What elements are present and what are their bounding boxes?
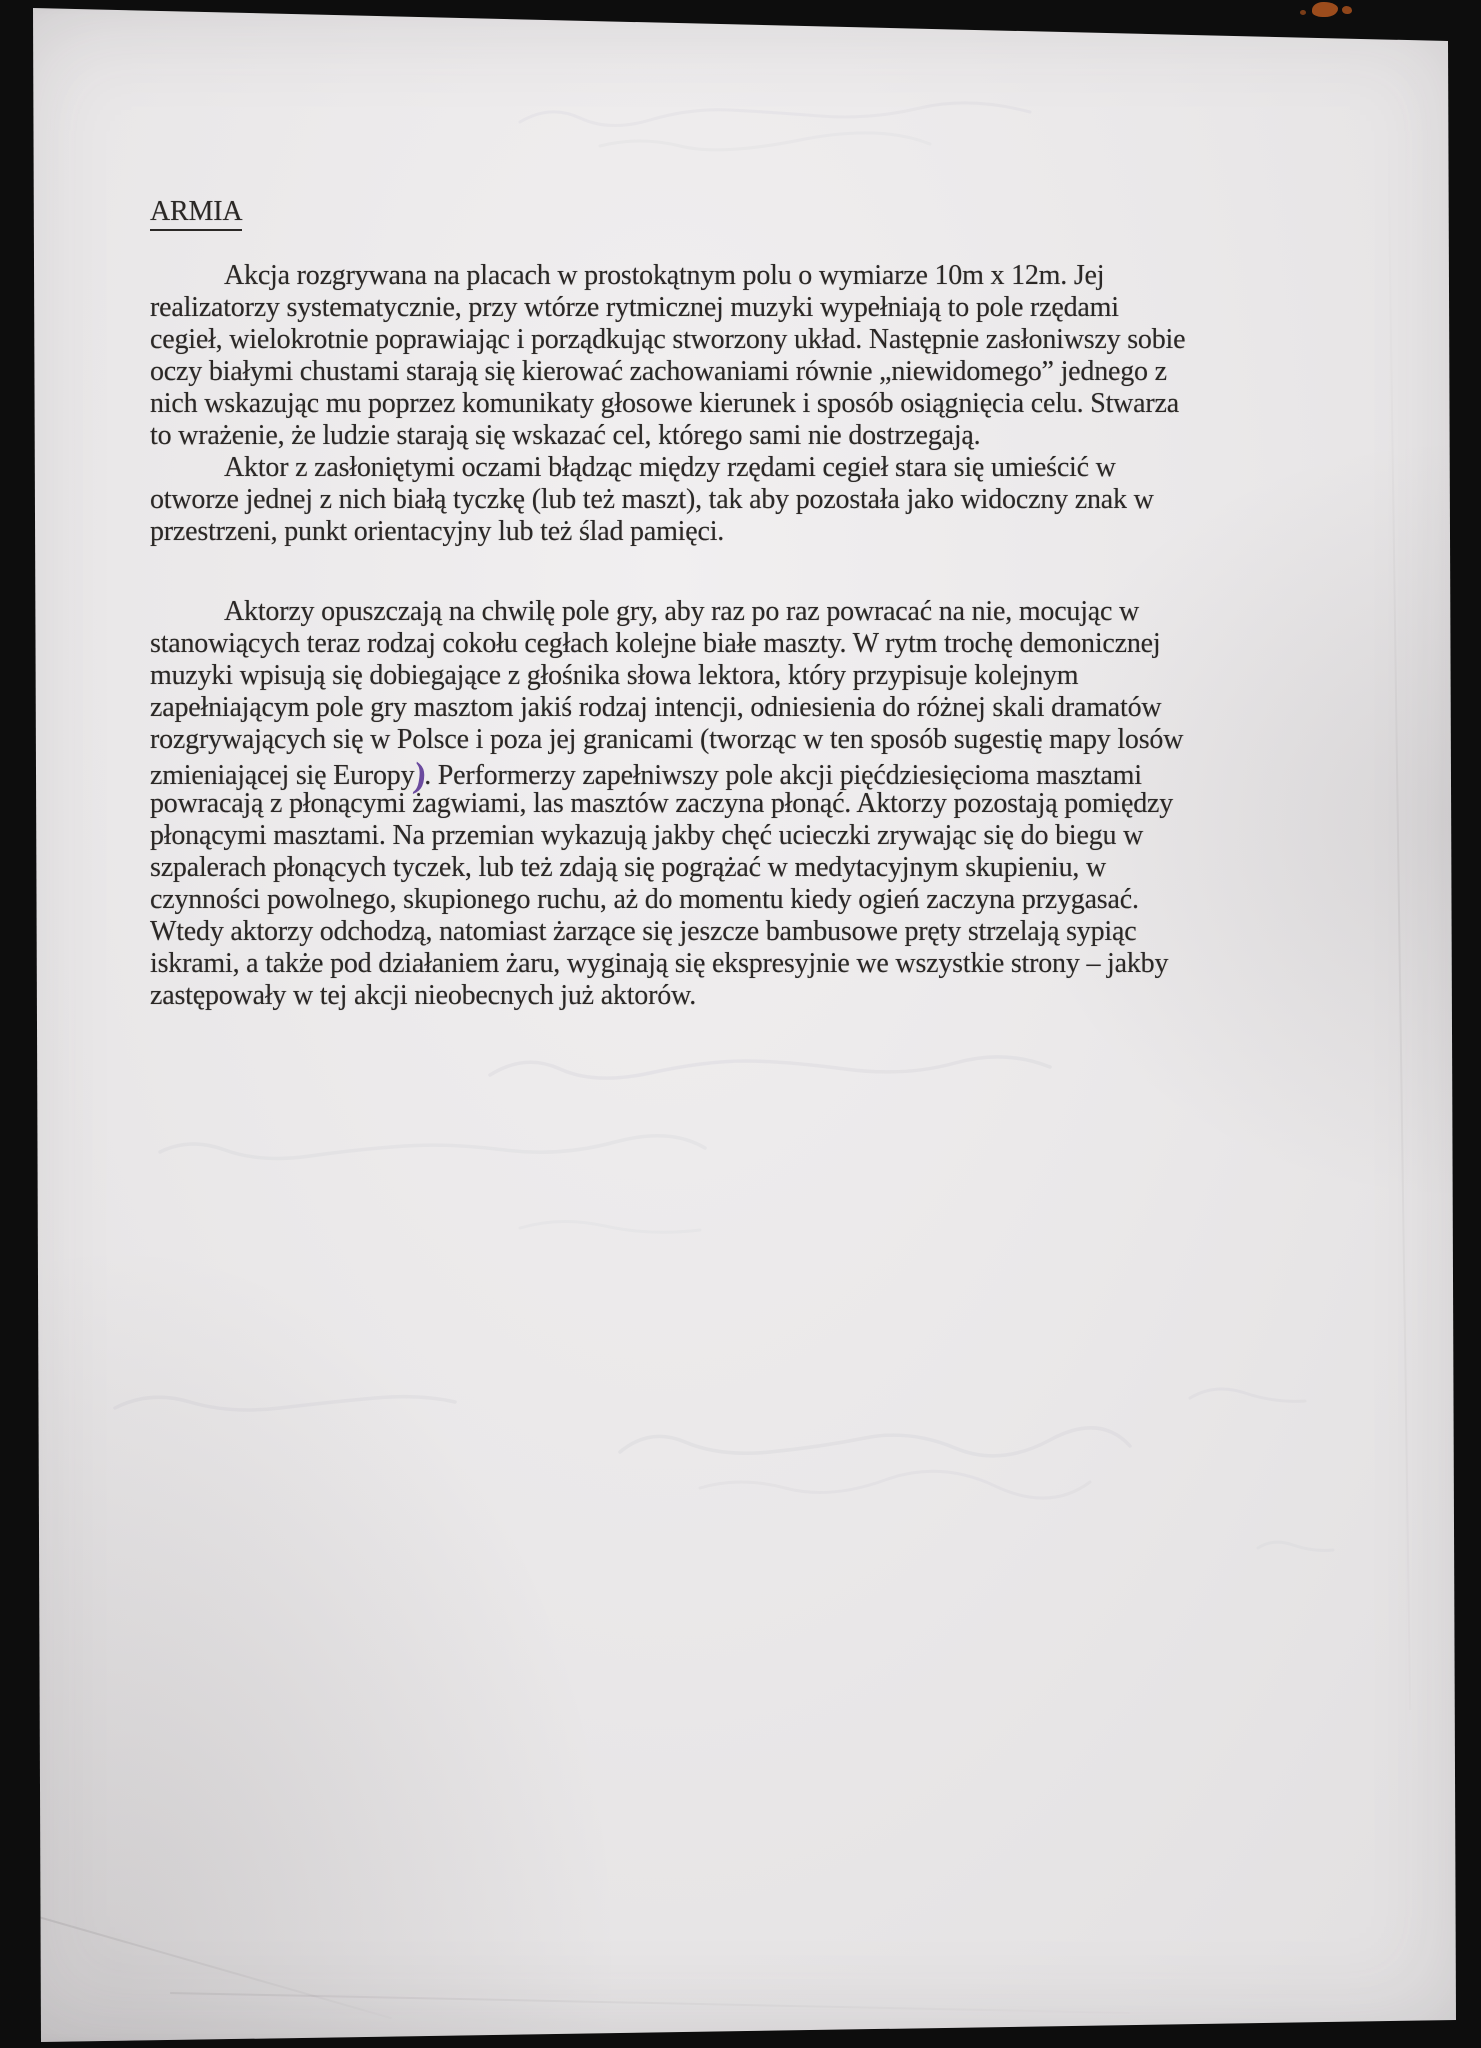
text-line: zastępowały w tej akcji nieobecnych już … <box>150 980 1400 1012</box>
text-segment: . Performerzy zapełniwszy pole akcji pię… <box>424 760 1142 791</box>
text-line: stanowiących teraz rodzaj cokołu cegłach… <box>150 628 1400 660</box>
text-line: realizatorzy systematycznie, przy wtórze… <box>150 292 1400 324</box>
text-line: Wtedy aktorzy odchodzą, natomiast żarząc… <box>150 916 1400 948</box>
paragraph-3-continued: powracają z płonącymi żagwiami, las masz… <box>150 788 1400 1012</box>
text-line: Aktorzy opuszczają na chwilę pole gry, a… <box>150 596 1400 628</box>
text-line-with-pen-annotation: zmieniającej się Europy). Performerzy za… <box>150 756 1400 788</box>
text-line: Aktor z zasłoniętymi oczami błądząc międ… <box>150 452 1400 484</box>
paragraph-2: Aktor z zasłoniętymi oczami błądząc międ… <box>150 452 1400 548</box>
text-segment: zmieniającej się Europy <box>150 760 414 791</box>
paragraph-3: Aktorzy opuszczają na chwilę pole gry, a… <box>150 596 1400 756</box>
text-line: płonącymi masztami. Na przemian wykazują… <box>150 820 1400 852</box>
rust-stain <box>1312 2 1338 17</box>
paper-crease <box>170 1992 1130 2014</box>
text-line: nich wskazując mu poprzez komunikaty gło… <box>150 388 1400 420</box>
text-line: szpalerach płonących tyczek, lub też zda… <box>150 852 1400 884</box>
paragraph-1: Akcja rozgrywana na placach w prostokątn… <box>150 260 1400 452</box>
paragraph-spacer <box>150 548 1400 596</box>
text-line: rozgrywających się w Polsce i poza jej g… <box>150 724 1400 756</box>
text-line: przestrzeni, punkt orientacyjny lub też … <box>150 516 1400 548</box>
rust-stain-speck <box>1300 10 1306 15</box>
rust-stain-speck <box>1342 6 1352 14</box>
scanned-paper-sheet: ARMIA Akcja rozgrywana na placach w pros… <box>0 0 1481 2048</box>
text-line: oczy białymi chustami starają się kierow… <box>150 356 1400 388</box>
text-line: zapełniającym pole gry masztom jakiś rod… <box>150 692 1400 724</box>
document-text-block: ARMIA Akcja rozgrywana na placach w pros… <box>150 196 1400 1012</box>
document-title-text: ARMIA <box>150 196 242 231</box>
text-line: czynności powolnego, skupionego ruchu, a… <box>150 884 1400 916</box>
text-line: iskrami, a także pod działaniem żaru, wy… <box>150 948 1400 980</box>
document-title: ARMIA <box>150 196 1400 231</box>
text-line: otworze jednej z nich białą tyczkę (lub … <box>150 484 1400 516</box>
text-line: to wrażenie, że ludzie starają się wskaz… <box>150 420 1400 452</box>
text-line: powracają z płonącymi żagwiami, las masz… <box>150 788 1400 820</box>
text-line: Akcja rozgrywana na placach w prostokątn… <box>150 260 1400 292</box>
paper-crease <box>0 1899 392 2019</box>
scanner-bed-background: ARMIA Akcja rozgrywana na placach w pros… <box>0 0 1481 2048</box>
text-line: cegieł, wielokrotnie poprawiając i porzą… <box>150 324 1400 356</box>
text-line: muzyki wpisują się dobiegające z głośnik… <box>150 660 1400 692</box>
